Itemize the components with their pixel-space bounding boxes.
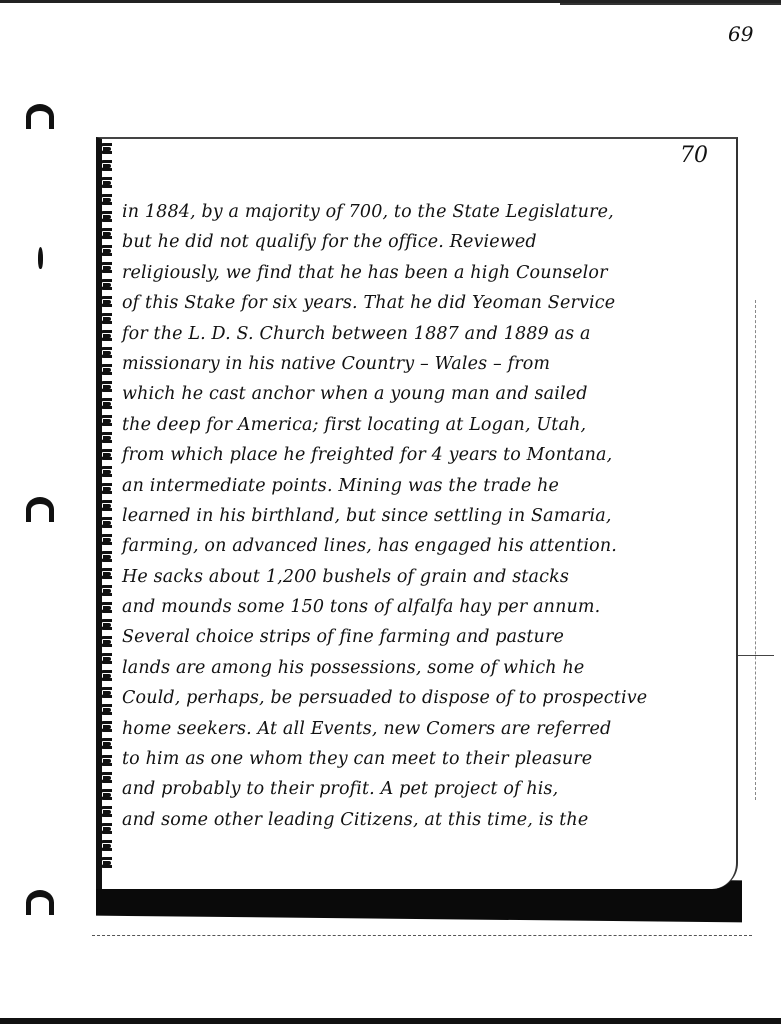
spiral-coil-icon — [98, 721, 112, 732]
scan-top-edge-accent — [560, 3, 781, 5]
spiral-coil-icon — [98, 772, 112, 783]
spiral-coil-icon — [98, 313, 112, 324]
scan-underline — [92, 935, 752, 938]
spiral-coil-icon — [98, 449, 112, 460]
spiral-coil-icon — [98, 823, 112, 834]
spiral-coil-icon — [98, 704, 112, 715]
spiral-coil-icon — [98, 534, 112, 545]
handwritten-text: in 1884, by a majority of 700, to the St… — [122, 197, 742, 835]
spiral-coil-icon — [98, 381, 112, 392]
spiral-coil-icon — [98, 806, 112, 817]
text-line: home seekers. At all Events, new Comers … — [122, 714, 742, 744]
text-line: which he cast anchor when a young man an… — [122, 379, 742, 409]
text-line: and probably to their profit. A pet proj… — [122, 774, 742, 804]
text-line: Several choice strips of fine farming an… — [122, 622, 742, 652]
text-line: for the L. D. S. Church between 1887 and… — [122, 319, 742, 349]
text-line: to him as one whom they can meet to thei… — [122, 744, 742, 774]
spiral-coil-icon — [98, 619, 112, 630]
spiral-coil-icon — [98, 211, 112, 222]
spiral-coil-icon — [98, 262, 112, 273]
spiral-coil-icon — [98, 160, 112, 171]
spiral-coil-icon — [98, 432, 112, 443]
spiral-coil-icon — [98, 279, 112, 290]
spiral-coil-icon — [98, 143, 112, 154]
spiral-coil-icon — [98, 347, 112, 358]
spiral-coil-icon — [98, 228, 112, 239]
spiral-coil-icon — [98, 483, 112, 494]
text-line: missionary in his native Country – Wales… — [122, 349, 742, 379]
spiral-coil-icon — [98, 755, 112, 766]
spiral-coil-icon — [98, 177, 112, 188]
text-line: in 1884, by a majority of 700, to the St… — [122, 197, 742, 227]
text-line: an intermediate points. Mining was the t… — [122, 471, 742, 501]
spiral-coil-icon — [98, 194, 112, 205]
text-line: religiously, we find that he has been a … — [122, 258, 742, 288]
spiral-binding — [98, 143, 118, 883]
spiral-coil-icon — [98, 670, 112, 681]
spiral-coil-icon — [98, 568, 112, 579]
spiral-coil-icon — [98, 687, 112, 698]
spiral-coil-icon — [98, 585, 112, 596]
text-line: and some other leading Citizens, at this… — [122, 805, 742, 835]
spiral-coil-icon — [98, 517, 112, 528]
spiral-coil-icon — [98, 636, 112, 647]
margin-rule — [755, 300, 757, 800]
text-line: learned in his birthland, but since sett… — [122, 501, 742, 531]
spiral-coil-icon — [98, 364, 112, 375]
spiral-coil-icon — [98, 466, 112, 477]
spiral-coil-icon — [98, 738, 112, 749]
outer-page-number: 69 — [728, 22, 753, 46]
spiral-coil-icon — [98, 245, 112, 256]
text-line: farming, on advanced lines, has engaged … — [122, 531, 742, 561]
inner-page-number: 70 — [680, 143, 708, 168]
text-line: from which place he freighted for 4 year… — [122, 440, 742, 470]
spiral-coil-icon — [98, 330, 112, 341]
spiral-coil-icon — [98, 653, 112, 664]
binder-hole-icon — [26, 104, 54, 129]
spiral-coil-icon — [98, 415, 112, 426]
text-line: but he did not qualify for the office. R… — [122, 227, 742, 257]
spiral-coil-icon — [98, 840, 112, 851]
text-line: He sacks about 1,200 bushels of grain an… — [122, 562, 742, 592]
binder-hole-icon — [26, 890, 54, 915]
spiral-coil-icon — [98, 789, 112, 800]
spiral-coil-icon — [98, 857, 112, 868]
text-line: and mounds some 150 tons of alfalfa hay … — [122, 592, 742, 622]
text-line: the deep for America; first locating at … — [122, 410, 742, 440]
margin-tick-mark — [738, 655, 774, 656]
spiral-coil-icon — [98, 551, 112, 562]
spiral-coil-icon — [98, 296, 112, 307]
ink-blot — [38, 247, 43, 269]
scan-bottom-edge — [0, 1018, 781, 1024]
notebook-photocopy: 70 in 1884, by a majority of 700, to the… — [96, 137, 742, 917]
notebook-page: 70 in 1884, by a majority of 700, to the… — [96, 137, 738, 889]
spiral-coil-icon — [98, 500, 112, 511]
text-line: Could, perhaps, be persuaded to dispose … — [122, 683, 742, 713]
spiral-coil-icon — [98, 398, 112, 409]
text-line: lands are among his possessions, some of… — [122, 653, 742, 683]
binder-hole-icon — [26, 497, 54, 522]
text-line: of this Stake for six years. That he did… — [122, 288, 742, 318]
spiral-coil-icon — [98, 602, 112, 613]
